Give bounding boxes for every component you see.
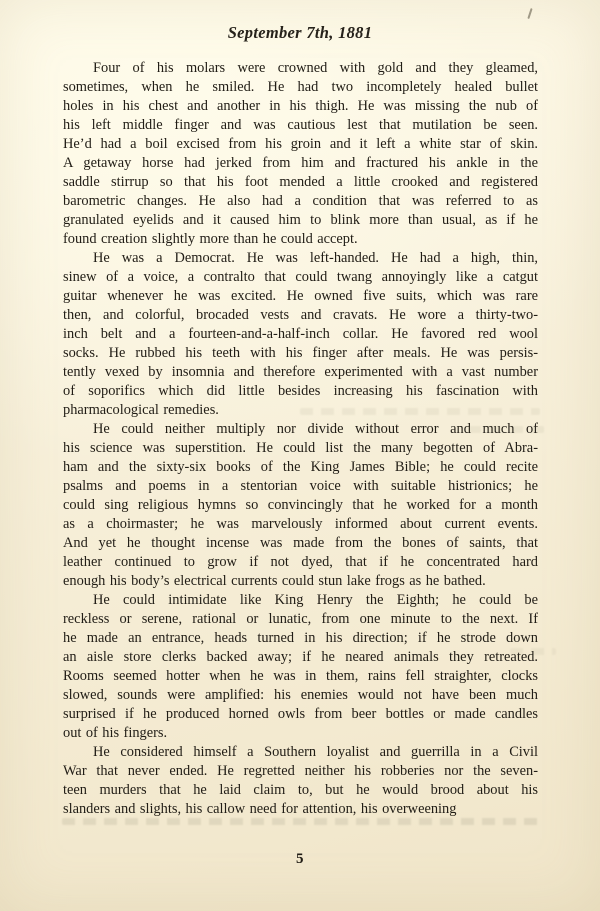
text-line: inch belt and a fourteen-and-a-half-inch… [63,325,538,344]
text-line: of soporifics which did little besides i… [63,382,538,401]
text-line: Rooms seemed hotter when he was in them,… [63,667,538,686]
text-line: his science was superstition. He could l… [63,439,538,458]
text-line: as a choirmaster; he was marvelously inf… [63,515,538,534]
text-line: slanders and slights, his callow need fo… [63,800,538,819]
text-line: enough his body’s electrical currents co… [63,572,538,591]
text-line: A getaway horse had jerked from him and … [63,154,538,173]
text-line: granulated eyelids and it caused him to … [63,211,538,230]
running-head-date: September 7th, 1881 [0,23,600,43]
text-line: tently vexed by insomnia and therefore e… [63,363,538,382]
text-line: sometimes, when he smiled. He had two in… [63,78,538,97]
text-line: War that never ended. He regretted neith… [63,762,538,781]
text-line: sinew of a voice, a contralto that could… [63,268,538,287]
text-line: out of his fingers. [63,724,538,743]
book-page: September 7th, 1881 Four of his molars w… [0,0,600,911]
text-line: reckless or serene, rational or lunatic,… [63,610,538,629]
text-line: He could neither multiply nor divide wit… [63,420,538,439]
scan-slash-artifact [527,8,532,19]
text-line: guitar whenever he was excited. He owned… [63,287,538,306]
text-line: pharmacological remedies. [63,401,538,420]
text-line: socks. He rubbed his teeth with his fing… [63,344,538,363]
text-line: his left middle finger and was cautious … [63,116,538,135]
text-line: holes in his chest and another in his th… [63,97,538,116]
text-line: Four of his molars were crowned with gol… [63,59,538,78]
text-line: He considered himself a Southern loyalis… [63,743,538,762]
text-line: And yet he thought incense was made from… [63,534,538,553]
text-line: He was a Democrat. He was left-handed. H… [63,249,538,268]
text-line: found creation slightly more than he cou… [63,230,538,249]
text-line: he made an entrance, heads turned in his… [63,629,538,648]
text-line: ham and the sixty-six books of the King … [63,458,538,477]
text-line: saddle stirrup so that his foot mended a… [63,173,538,192]
text-line: could sing religious hymns so convincing… [63,496,538,515]
text-line: He’d had a boil excised from his groin a… [63,135,538,154]
text-line: an aisle store clerks backed away; if he… [63,648,538,667]
text-line: He could intimidate like King Henry the … [63,591,538,610]
show-through-line [62,818,540,825]
page-number: 5 [0,851,600,868]
text-line: slowed, sounds were amplified: his enemi… [63,686,538,705]
text-line: then, and colorful, brocaded vests and c… [63,306,538,325]
text-line: psalms and poems in a stentorian voice w… [63,477,538,496]
text-line: leather continued to grow if not dyed, t… [63,553,538,572]
text-block: Four of his molars were crowned with gol… [63,59,538,819]
text-line: barometric changes. He also had a condit… [63,192,538,211]
text-line: surprised if he produced horned owls fro… [63,705,538,724]
text-line: teen murders that he laid claim to, but … [63,781,538,800]
